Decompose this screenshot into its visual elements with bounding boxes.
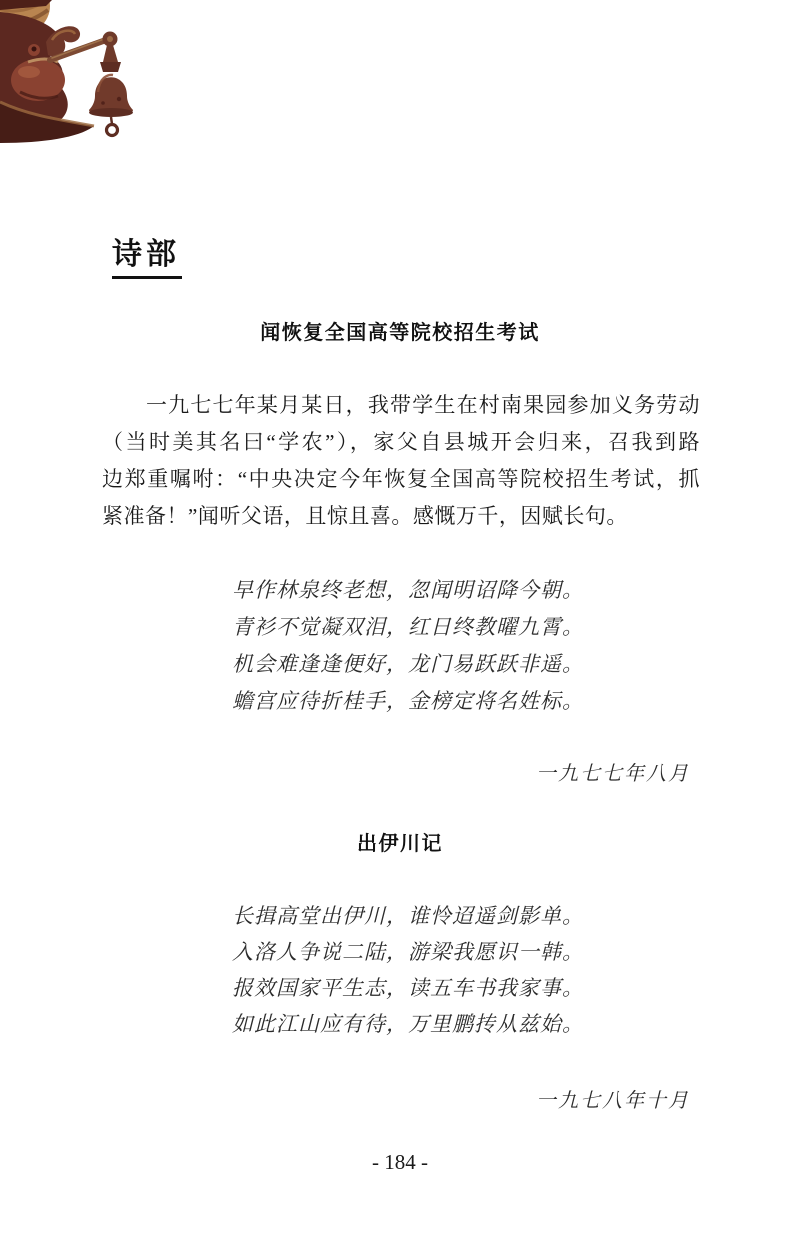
verse-line: 入洛人争说二陆，游梁我愿识一韩。 [232, 934, 584, 970]
verse-line: 机会难逢逢便好，龙门易跃跃非遥。 [232, 646, 584, 683]
verse-line: 青衫不觉凝双泪，红日终教曜九霄。 [232, 609, 584, 646]
verse-line: 长揖高堂出伊川，谁怜迢遥剑影单。 [232, 898, 584, 934]
preface-line: （当时美其名曰“学农”），家父自县城开会归来，召我到路 [102, 424, 700, 461]
preface-line: 一九七七年某月某日，我带学生在村南果园参加义务劳动 [102, 387, 700, 424]
verse-line: 报效国家平生志，读五车书我家事。 [232, 970, 584, 1006]
page-number: - 184 - [0, 1150, 800, 1175]
poem-1-preface: 一九七七年某月某日，我带学生在村南果园参加义务劳动 （当时美其名曰“学农”），家… [102, 387, 700, 535]
poem-1-body: 早作林泉终老想，忽闻明诏降今朝。 青衫不觉凝双泪，红日终教曜九霄。 机会难逢逢便… [232, 572, 584, 720]
section-heading: 诗部 [112, 238, 182, 279]
preface-line: 紧准备！”闻听父语，且惊且喜。感慨万千，因赋长句。 [102, 498, 700, 535]
poem-2-title: 出伊川记 [0, 827, 800, 856]
verse-line: 如此江山应有待，万里鹏抟从兹始。 [232, 1006, 584, 1042]
poem-2-body: 长揖高堂出伊川，谁怜迢遥剑影单。 入洛人争说二陆，游梁我愿识一韩。 报效国家平生… [232, 898, 584, 1042]
verse-line: 蟾宫应待折桂手，金榜定将名姓标。 [232, 683, 584, 720]
poem-1-title: 闻恢复全国高等院校招生考试 [0, 316, 800, 345]
dragon-bell-ornament-icon [0, 0, 150, 150]
poem-1-date: 一九七七年八月 [536, 757, 690, 786]
book-page: 诗部 闻恢复全国高等院校招生考试 一九七七年某月某日，我带学生在村南果园参加义务… [0, 0, 800, 1236]
preface-line: 边郑重嘱咐：“中央决定今年恢复全国高等院校招生考试，抓 [102, 461, 700, 498]
verse-line: 早作林泉终老想，忽闻明诏降今朝。 [232, 572, 584, 609]
poem-2-date: 一九七八年十月 [536, 1084, 690, 1113]
